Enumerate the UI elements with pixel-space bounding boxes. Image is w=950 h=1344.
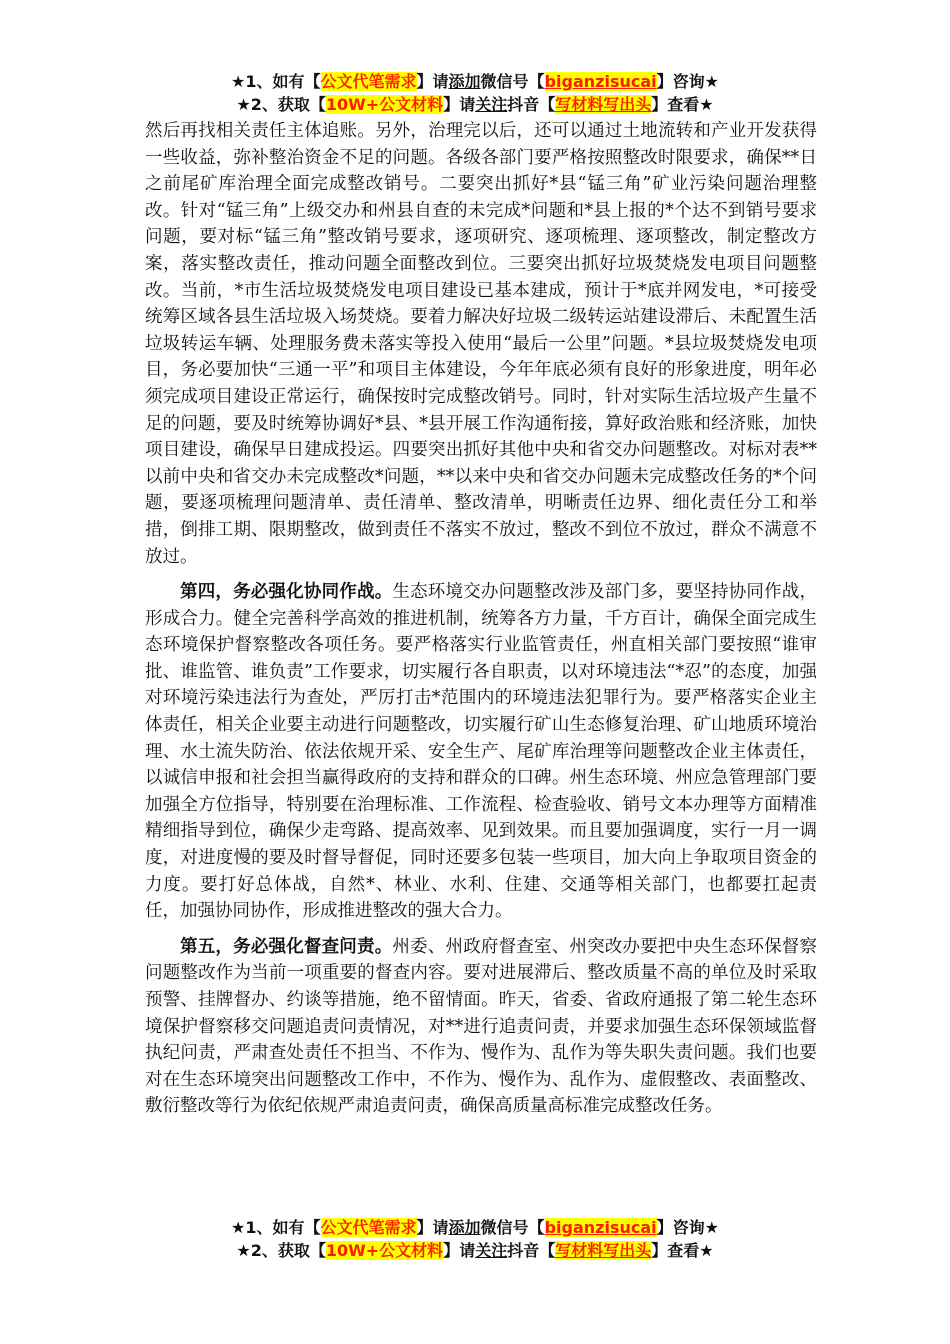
star-icon-prefix: ★2、获取【	[236, 1241, 325, 1260]
header-banner-line-2: ★2、获取【10W+公文材料】请关注抖音【写材料写出头】查看★	[0, 93, 950, 116]
document-body: 然后再找相关责任主体追账。另外，治理完以后，还可以通过土地流转和产业开发获得一些…	[145, 118, 817, 1120]
paragraph-text: 州委、州政府督查室、州突改办要把中央生态环保督察问题整改作为当前一项重要的督查内…	[145, 937, 817, 1117]
banner-text-suffix: 】查看★	[651, 95, 713, 114]
wechat-id-link[interactable]: biganzisucai	[545, 72, 657, 91]
paragraph-text: 然后再找相关责任主体追账。另外，治理完以后，还可以通过土地流转和产业开发获得一些…	[145, 121, 817, 567]
footer-banner-line-2: ★2、获取【10W+公文材料】请关注抖音【写材料写出头】查看★	[0, 1239, 950, 1262]
add-underlined-text: 添加	[449, 1218, 481, 1237]
star-icon-prefix: ★1、如有【	[231, 1218, 320, 1237]
paragraph-lead-heading: 第四，务必强化协同作战。	[180, 582, 392, 602]
paragraph-fifth: 第五，务必强化督查问责。州委、州政府督查室、州突改办要把中央生态环保督察问题整改…	[145, 934, 817, 1120]
footer-banner: ★1、如有【公文代笔需求】请添加微信号【biganzisucai】咨询★ ★2、…	[0, 1216, 950, 1262]
star-icon-prefix: ★1、如有【	[231, 72, 320, 91]
paragraph-text: 生态环境交办问题整改涉及部门多，要坚持协同作战，形成合力。健全完善科学高效的推进…	[145, 582, 817, 921]
paragraph-lead-heading: 第五，务必强化督查问责。	[180, 937, 392, 957]
douyin-account-link[interactable]: 写材料写出头	[555, 1241, 651, 1260]
douyin-account-link[interactable]: 写材料写出头	[555, 95, 651, 114]
banner-text-suffix: 】查看★	[651, 1241, 713, 1260]
paragraph-fourth: 第四，务必强化协同作战。生态环境交办问题整改涉及部门多，要坚持协同作战，形成合力…	[145, 579, 817, 925]
wechat-id-link[interactable]: biganzisucai	[545, 1218, 657, 1237]
banner-text: 抖音【	[507, 95, 555, 114]
add-underlined-text: 添加	[449, 72, 481, 91]
highlight-materials: 10W+公文材料	[326, 1241, 443, 1260]
banner-text: 抖音【	[507, 1241, 555, 1260]
banner-text: 】请	[417, 72, 449, 91]
banner-text: 】请	[417, 1218, 449, 1237]
footer-banner-line-1: ★1、如有【公文代笔需求】请添加微信号【biganzisucai】咨询★	[0, 1216, 950, 1239]
header-banner-line-1: ★1、如有【公文代笔需求】请添加微信号【biganzisucai】咨询★	[0, 70, 950, 93]
header-banner: ★1、如有【公文代笔需求】请添加微信号【biganzisucai】咨询★ ★2、…	[0, 70, 950, 116]
highlight-ghostwriting-service: 公文代笔需求	[321, 1218, 417, 1237]
highlight-materials: 10W+公文材料	[326, 95, 443, 114]
banner-text: 微信号【	[481, 72, 545, 91]
banner-text: 微信号【	[481, 1218, 545, 1237]
follow-underlined-text: 关注	[475, 95, 507, 114]
banner-text-suffix: 】咨询★	[657, 1218, 719, 1237]
paragraph-continuation: 然后再找相关责任主体追账。另外，治理完以后，还可以通过土地流转和产业开发获得一些…	[145, 118, 817, 570]
banner-text-suffix: 】咨询★	[657, 72, 719, 91]
highlight-ghostwriting-service: 公文代笔需求	[321, 72, 417, 91]
follow-underlined-text: 关注	[475, 1241, 507, 1260]
banner-text: 】请	[443, 95, 475, 114]
banner-text: 】请	[443, 1241, 475, 1260]
star-icon-prefix: ★2、获取【	[236, 95, 325, 114]
